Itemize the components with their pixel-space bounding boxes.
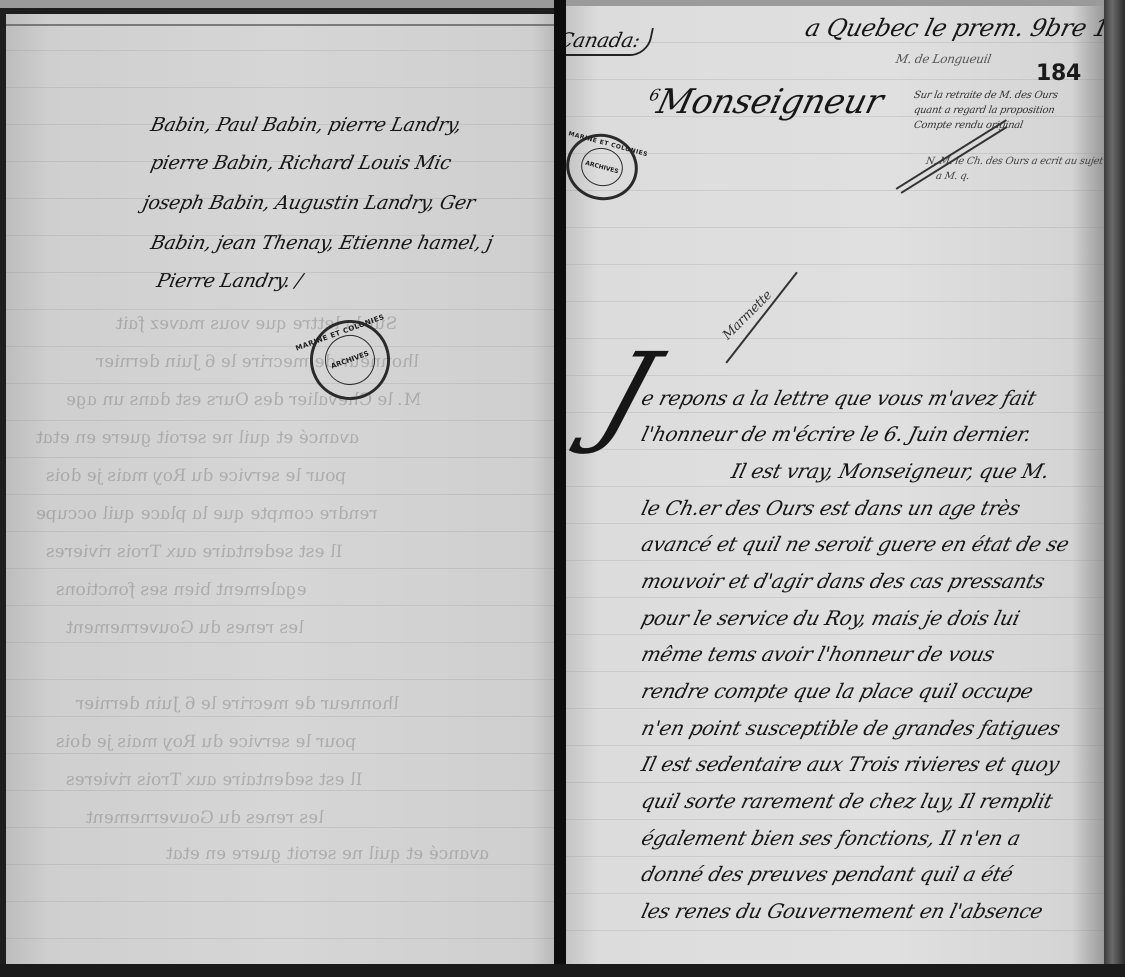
handwritten-line: Babin, jean Thenay, Etienne hamel, j [149, 232, 495, 254]
region-label: Canada: [566, 28, 654, 56]
letter-line: mouvoir et d'agir dans des cas pressants [639, 569, 1047, 593]
author-note: M. de Longueuil [895, 52, 992, 66]
margin-note-line: a M. q. [935, 169, 1104, 184]
place-date-heading: a Quebec le prem. 9bre 1751. [803, 14, 1104, 42]
margin-note-line: Sur la retraite de M. des Ours [913, 88, 1104, 103]
bleed-through-line: Il est sedentaire aux Trois rivieres [64, 770, 365, 790]
letter-line: e repons a la lettre que vous m'avez fai… [639, 386, 1039, 410]
handwritten-line: pierre Babin, Richard Louis Mic [149, 152, 453, 174]
handwritten-line: Pierre Landry. / [155, 270, 305, 292]
bleed-through-line: avancé et quil ne seroit guere en etat [34, 428, 362, 448]
margin-note-line: quant a regard la proposition [913, 103, 1104, 118]
letter-line: Il est vray, Monseigneur, que M. [729, 459, 1052, 483]
right-page: Canada: a Quebec le prem. 9bre 1751. M. … [566, 6, 1104, 964]
letter-line: quil sorte rarement de chez luy, Il remp… [639, 789, 1055, 813]
handwritten-line: Babin, Paul Babin, pierre Landry, [149, 114, 464, 136]
bleed-through-line: les renes du Gouvernement [84, 808, 327, 828]
letter-line: l'honneur de m'écrire le 6. Juin dernier… [639, 422, 1034, 446]
page-right-edge [1104, 0, 1125, 977]
letter-line: même tems avoir l'honneur de vous [639, 642, 997, 666]
letter-line: également bien ses fonctions, Il n'en a [639, 826, 1023, 850]
letter-line: donné des preuves pendant quil a été [639, 862, 1015, 886]
letter-line: avancé et quil ne seroit guere en état d… [639, 532, 1071, 556]
letter-line: pour le service du Roy, mais je dois lui [639, 606, 1022, 630]
bleed-through-line: egalement bien ses fonctions [54, 580, 310, 600]
letter-line: Il est sedentaire aux Trois rivieres et … [639, 752, 1062, 776]
margin-note: Sur la retraite de M. des Ours quant a r… [914, 88, 1104, 133]
archives-stamp: MARINE ET COLONIES ARCHIVES [566, 126, 645, 208]
bleed-through-line: les renes du Gouvernement [64, 618, 307, 638]
letter-line: n'en point susceptible de grandes fatigu… [639, 716, 1062, 740]
letter-line: rendre compte que la place quil occupe [639, 679, 1036, 703]
salutation: 6Monseigneur [643, 82, 887, 122]
bleed-through-line: rendre compte que la place quil occupe [34, 504, 381, 524]
salutation-text: Monseigneur [653, 82, 887, 122]
bleed-through-line: avancé et quil ne seroit guere en etat [164, 844, 492, 864]
folio-number: 184 [1036, 61, 1081, 86]
page-bottom-edge [0, 964, 1125, 977]
bleed-through-line: lhonneur de mecrire le 6 Juin dernier [74, 694, 402, 714]
bleed-through-line: pour le service du Roy mais je dois [54, 732, 360, 752]
handwritten-line: joseph Babin, Augustin Landry, Ger [141, 192, 477, 214]
manuscript-spread: Sur la lettre que vous mavez fait lhonne… [0, 0, 1125, 977]
bleed-through-line: Il est sedentaire aux Trois rivieres [44, 542, 345, 562]
bleed-through-line: pour le service du Roy mais je dois [44, 466, 350, 486]
book-gutter [554, 0, 566, 977]
left-page: Sur la lettre que vous mavez fait lhonne… [6, 14, 554, 964]
letter-line: les renes du Gouvernement en l'absence [639, 899, 1045, 923]
margin-note-line: Compte rendu original [913, 118, 1104, 133]
letter-line: le Ch.er des Ours est dans un age très [639, 496, 1023, 520]
